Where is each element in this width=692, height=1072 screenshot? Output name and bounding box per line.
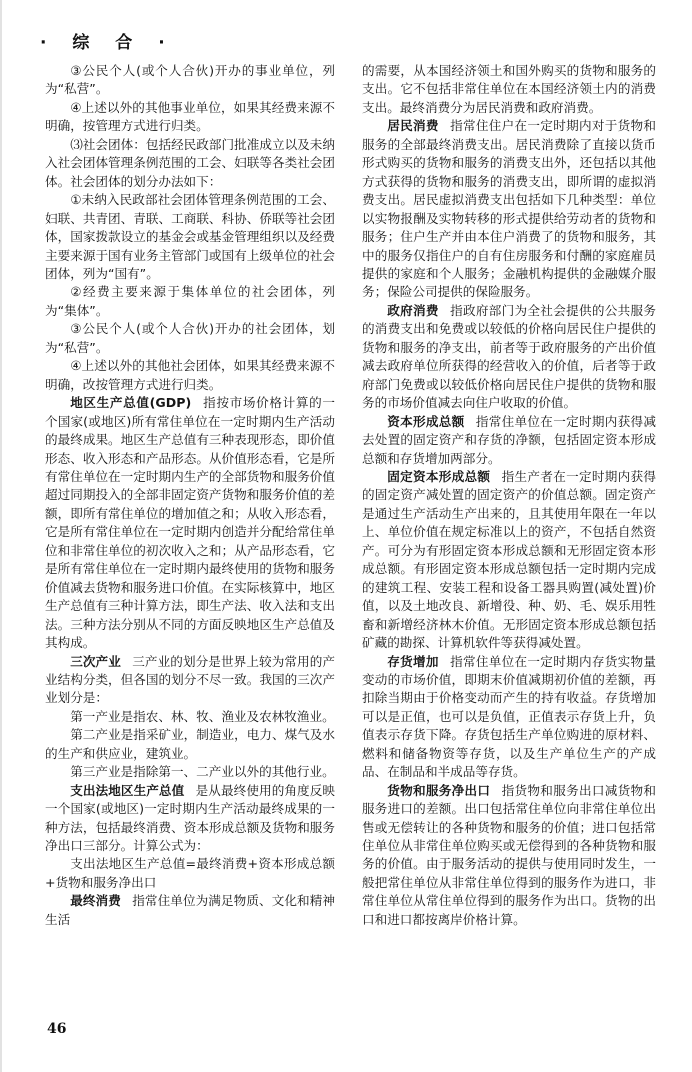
definition-three-industries: 三次产业三产业的划分是世界上较为常用的产业结构分类，但各国的划分不尽一致。我国的… xyxy=(45,653,335,708)
term-heading: 资本形成总额 xyxy=(387,414,464,429)
definition-gross-fixed-capital-formation: 固定资本形成总额指生产者在一定时期内获得的固定资产减处置的固定资产的价值总额。固… xyxy=(362,468,656,653)
definition-household-consumption: 居民消费指常住住户在一定时期内对于货物和服务的全部最终消费支出。居民消费除了直接… xyxy=(362,117,656,302)
paragraph-text: ④上述以外的其他社会团体，如果其经费来源不明确，改按管理方式进行归类。 xyxy=(45,358,335,391)
term-heading: 支出法地区生产总值 xyxy=(70,783,184,798)
definition-final-consumption: 最终消费指常住单位为满足物质、文化和精神生活 xyxy=(45,892,335,929)
definition-text: 指常住住户在一定时期内对于货物和服务的全部最终消费支出。居民消费除了直接以货币形… xyxy=(362,118,656,299)
paragraph-text: ②经费主要来源于集体单位的社会团体，列为“集体”。 xyxy=(45,284,335,317)
paragraph-text: 第二产业是指采矿业，制造业，电力、煤气及水的生产和供应业，建筑业。 xyxy=(45,727,335,760)
right-column: 的需要，从本国经济领土和国外购买的货物和服务的支出。它不包括非常住单位在本国经济… xyxy=(362,62,656,929)
definition-net-exports: 货物和服务净出口指货物和服务出口减货物和服务进口的差额。出口包括常住单位向非常住… xyxy=(362,782,656,930)
left-column: ③公民个人(或个人合伙)开办的事业单位，列为“私营”。 ④上述以外的其他事业单位… xyxy=(45,62,335,929)
paragraph: 第三产业是指除第一、二产业以外的其他行业。 xyxy=(45,763,335,781)
definition-inventory-increase: 存货增加指常住单位在一定时期内存货实物量变动的市场价值，即期末价值减期初价值的差… xyxy=(362,653,656,782)
paragraph: ③公民个人(或个人合伙)开办的事业单位，列为“私营”。 xyxy=(45,62,335,99)
definition-text: 指按市场价格计算的一个国家(或地区)所有常住单位在一定时期内生产活动的最终成果。… xyxy=(45,395,335,650)
definition-text: 指政府部门为全社会提供的公共服务的消费支出和免费或以较低的价格向居民住户提供的货… xyxy=(362,303,656,410)
page-edge xyxy=(0,0,2,1072)
term-heading: 居民消费 xyxy=(387,118,439,133)
paragraph-continuation: 的需要，从本国经济领土和国外购买的货物和服务的支出。它不包括非常住单位在本国经济… xyxy=(362,62,656,117)
term-heading: 货物和服务净出口 xyxy=(387,783,490,798)
definition-expenditure-gdp: 支出法地区生产总值是从最终使用的角度反映一个国家(或地区)一定时期内生产活动最终… xyxy=(45,782,335,856)
paragraph: ①未纳入民政部社会团体管理条例范围的工会、妇联、共青团、青联、工商联、科协、侨联… xyxy=(45,191,335,283)
term-heading: 存货增加 xyxy=(387,654,439,669)
paragraph: ②经费主要来源于集体单位的社会团体，列为“集体”。 xyxy=(45,283,335,320)
paragraph-text: ④上述以外的其他事业单位，如果其经费来源不明确，按管理方式进行归类。 xyxy=(45,100,335,133)
paragraph-text: 第一产业是指农、林、牧、渔业及农林牧渔业。 xyxy=(70,709,334,724)
paragraph-text: ③公民个人(或个人合伙)开办的社会团体，划为“私营”。 xyxy=(45,321,335,354)
paragraph: ④上述以外的其他事业单位，如果其经费来源不明确，按管理方式进行归类。 xyxy=(45,99,335,136)
paragraph-text: ⑶社会团体：包括经民政部门批准成立以及未纳入社会团体管理条例范围的工会、妇联等各… xyxy=(45,137,335,189)
formula: 支出法地区生产总值=最终消费+资本形成总额+货物和服务净出口 xyxy=(45,855,335,892)
definition-gross-capital-formation: 资本形成总额指常住单位在一定时期内获得减去处置的固定资产和存货的净额，包括固定资… xyxy=(362,413,656,468)
term-heading: 三次产业 xyxy=(70,654,121,669)
paragraph: 第一产业是指农、林、牧、渔业及农林牧渔业。 xyxy=(45,708,335,726)
term-heading: 固定资本形成总额 xyxy=(387,469,490,484)
term-heading: 最终消费 xyxy=(70,893,121,908)
definition-government-consumption: 政府消费指政府部门为全社会提供的公共服务的消费支出和免费或以较低的价格向居民住户… xyxy=(362,302,656,413)
term-heading: 地区生产总值(GDP) xyxy=(70,395,191,410)
formula-text: 支出法地区生产总值=最终消费+资本形成总额+货物和服务净出口 xyxy=(45,856,335,889)
paragraph-text: 第三产业是指除第一、二产业以外的其他行业。 xyxy=(70,764,334,779)
paragraph: ⑶社会团体：包括经民政部门批准成立以及未纳入社会团体管理条例范围的工会、妇联等各… xyxy=(45,136,335,191)
paragraph: ③公民个人(或个人合伙)开办的社会团体，划为“私营”。 xyxy=(45,320,335,357)
paragraph-text: ①未纳入民政部社会团体管理条例范围的工会、妇联、共青团、青联、工商联、科协、侨联… xyxy=(45,192,335,281)
definition-text: 指货物和服务出口减货物和服务进口的差额。出口包括常住单位向非常住单位出售或无偿转… xyxy=(362,783,656,927)
definition-text: 指常住单位在一定时期内存货实物量变动的市场价值，即期末价值减期初价值的差额，再扣… xyxy=(362,654,656,780)
paragraph: ④上述以外的其他社会团体，如果其经费来源不明确，改按管理方式进行归类。 xyxy=(45,357,335,394)
definition-text: 指生产者在一定时期内获得的固定资产减处置的固定资产的价值总额。固定资产是通过生产… xyxy=(362,469,656,650)
paragraph: 第二产业是指采矿业，制造业，电力、煤气及水的生产和供应业，建筑业。 xyxy=(45,726,335,763)
page-number: 46 xyxy=(47,1021,66,1037)
definition-gdp: 地区生产总值(GDP)指按市场价格计算的一个国家(或地区)所有常住单位在一定时期… xyxy=(45,394,335,652)
paragraph-text: ③公民个人(或个人合伙)开办的事业单位，列为“私营”。 xyxy=(45,63,335,96)
paragraph-text: 的需要，从本国经济领土和国外购买的货物和服务的支出。它不包括非常住单位在本国经济… xyxy=(362,63,656,115)
term-heading: 政府消费 xyxy=(387,303,439,318)
section-header: · 综 合 · xyxy=(40,28,175,53)
